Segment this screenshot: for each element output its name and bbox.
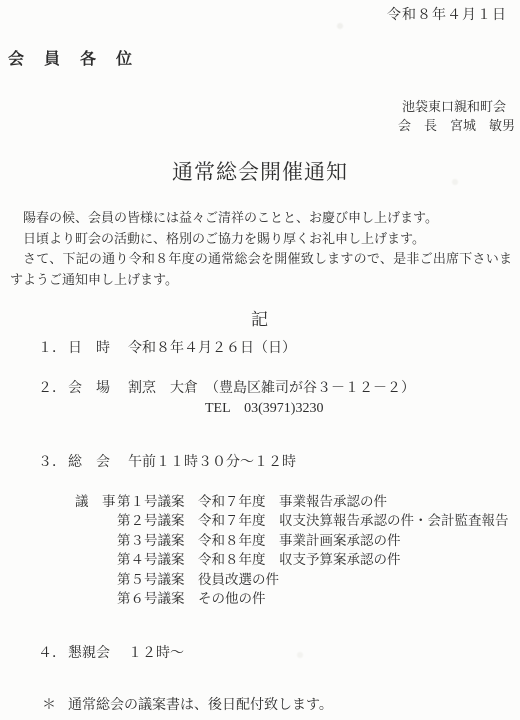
item-reception-value: １２時～ xyxy=(128,642,184,662)
item-general-meeting-label: 総 会 xyxy=(68,451,128,471)
issue-date: 令和８年４月１日 xyxy=(387,4,507,24)
sender-block: 池袋東口親和町会 会 長 宮城 敏男 xyxy=(398,97,515,135)
scanned-notice-document: 令和８年４月１日 会 員 各 位 池袋東口親和町会 会 長 宮城 敏男 通常総会… xyxy=(0,0,520,720)
item-reception-label: 懇親会 xyxy=(68,642,128,662)
item-venue: ２． 会 場 割烹 大倉 （豊島区雑司が谷３－１２－２） xyxy=(38,377,415,397)
item-datetime-value: 令和８年４月２６日（日） xyxy=(128,337,296,357)
agenda-item-4: 第４号議案 令和８年度 収支予算案承認の件 xyxy=(117,550,509,569)
item-venue-number: ２． xyxy=(38,377,68,397)
asterisk-marker: ＊ xyxy=(42,694,68,714)
agenda-label: 議 事 xyxy=(75,492,117,608)
agenda-list: 第１号議案 令和７年度 事業報告承認の件 第２号議案 令和７年度 収支決算報告承… xyxy=(117,492,509,608)
venue-telephone: TEL 03(3971)3230 xyxy=(205,397,323,417)
agenda-item-5: 第５号議案 役員改選の件 xyxy=(117,570,509,589)
agenda-section: 議 事 第１号議案 令和７年度 事業報告承認の件 第２号議案 令和７年度 収支決… xyxy=(75,492,509,608)
agenda-item-6: 第６号議案 その他の件 xyxy=(117,589,509,608)
agenda-item-1: 第１号議案 令和７年度 事業報告承認の件 xyxy=(117,492,509,511)
item-general-meeting-value: 午前１１時３０分～１２時 xyxy=(128,451,296,471)
sender-organization: 池袋東口親和町会 xyxy=(402,97,515,116)
greeting-sentence-2: 日頃より町会の活動に、格別のご協力を賜り厚くお礼申し上げます。 xyxy=(10,229,512,250)
item-venue-value: 割烹 大倉 （豊島区雑司が谷３－１２－２） xyxy=(128,377,415,397)
item-reception: ４． 懇親会 １２時～ xyxy=(38,642,184,662)
greeting-sentence-3: さて、下記の通り令和８年度の通常総会を開催致しますので、是非ご出席下さいますよう… xyxy=(10,249,512,290)
item-venue-label: 会 場 xyxy=(68,377,128,397)
item-datetime-label: 日 時 xyxy=(68,337,128,357)
greeting-sentence-1: 陽春の候、会員の皆様には益々ご清祥のことと、お慶び申し上げます。 xyxy=(10,208,512,229)
footnote: ＊ 通常総会の議案書は、後日配付致します。 xyxy=(42,694,333,714)
sender-chairman-name: 会 長 宮城 敏男 xyxy=(398,116,515,135)
item-general-meeting: ３． 総 会 午前１１時３０分～１２時 xyxy=(38,451,296,471)
agenda-item-3: 第３号議案 令和８年度 事業計画案承認の件 xyxy=(117,531,509,550)
item-datetime: １． 日 時 令和８年４月２６日（日） xyxy=(38,337,296,357)
item-reception-number: ４． xyxy=(38,642,68,662)
document-title: 通常総会開催通知 xyxy=(0,156,520,186)
recipient-line: 会 員 各 位 xyxy=(8,46,134,69)
greeting-paragraph: 陽春の候、会員の皆様には益々ご清祥のことと、お慶び申し上げます。 日頃より町会の… xyxy=(10,208,512,290)
agenda-item-2: 第２号議案 令和７年度 収支決算報告承認の件・会計監査報告 xyxy=(117,511,509,530)
footnote-text: 通常総会の議案書は、後日配付致します。 xyxy=(68,694,333,714)
item-general-meeting-number: ３． xyxy=(38,451,68,471)
record-marker: 記 xyxy=(0,305,520,330)
item-datetime-number: １． xyxy=(38,337,68,357)
